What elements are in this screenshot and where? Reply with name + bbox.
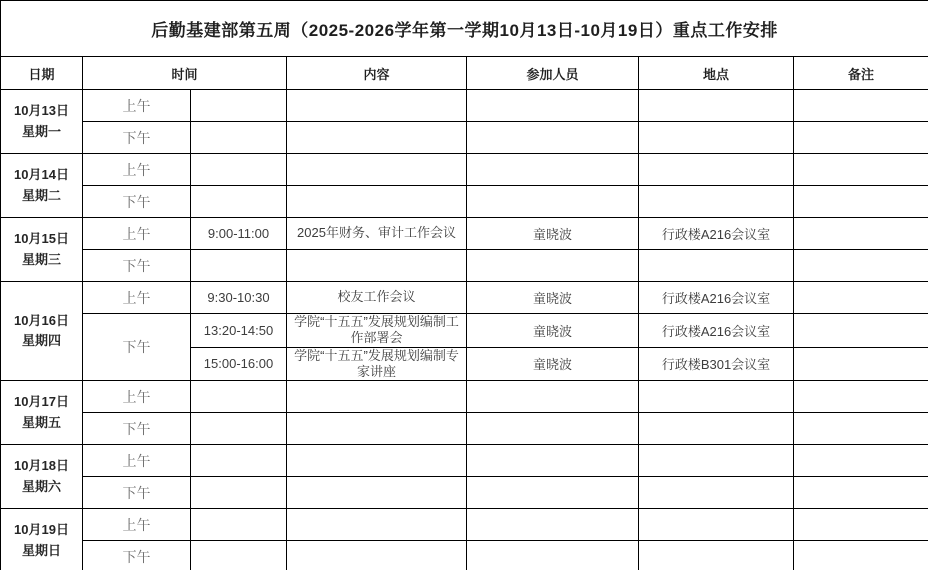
time-cell: 9:00-11:00 xyxy=(191,218,287,250)
weekday-label: 星期六 xyxy=(22,479,61,494)
table-row: 下午 xyxy=(1,477,928,509)
remark-cell xyxy=(794,218,928,250)
date-cell: 10月19日 星期日 xyxy=(1,509,83,570)
period-cell-am: 上午 xyxy=(83,218,191,250)
content-cell: 校友工作会议 xyxy=(287,282,467,314)
participants-cell xyxy=(467,122,639,154)
location-cell: 行政楼A216会议室 xyxy=(639,218,794,250)
period-cell-am: 上午 xyxy=(83,445,191,477)
time-cell xyxy=(191,90,287,122)
table-row: 下午 xyxy=(1,541,928,570)
date-label: 10月19日 xyxy=(14,522,69,537)
remark-cell xyxy=(794,186,928,218)
participants-cell xyxy=(467,381,639,413)
period-cell-pm: 下午 xyxy=(83,477,191,509)
date-label: 10月14日 xyxy=(14,167,69,182)
period-cell-pm: 下午 xyxy=(83,250,191,282)
participants-cell: 童晓波 xyxy=(467,282,639,314)
remark-cell xyxy=(794,509,928,541)
date-cell: 10月13日 星期一 xyxy=(1,90,83,154)
table-row: 10月15日 星期三 上午 9:00-11:00 2025年财务、审计工作会议 … xyxy=(1,218,928,250)
period-cell-am: 上午 xyxy=(83,509,191,541)
date-label: 10月13日 xyxy=(14,103,69,118)
location-cell xyxy=(639,413,794,445)
remark-cell xyxy=(794,250,928,282)
location-cell xyxy=(639,445,794,477)
date-cell: 10月14日 星期二 xyxy=(1,154,83,218)
location-cell xyxy=(639,381,794,413)
weekday-label: 星期一 xyxy=(22,124,61,139)
participants-cell xyxy=(467,250,639,282)
participants-cell: 童晓波 xyxy=(467,218,639,250)
title-row: 后勤基建部第五周（2025-2026学年第一学期10月13日-10月19日）重点… xyxy=(1,1,928,57)
content-cell: 学院“十五五”发展规划编制专家讲座 xyxy=(287,347,467,381)
date-cell: 10月15日 星期三 xyxy=(1,218,83,282)
content-cell xyxy=(287,186,467,218)
weekday-label: 星期三 xyxy=(22,252,61,267)
time-cell xyxy=(191,122,287,154)
remark-cell xyxy=(794,154,928,186)
time-cell xyxy=(191,445,287,477)
period-cell-am: 上午 xyxy=(83,282,191,314)
location-cell xyxy=(639,186,794,218)
remark-cell xyxy=(794,122,928,154)
table-row: 10月16日 星期四 上午 9:30-10:30 校友工作会议 童晓波 行政楼A… xyxy=(1,282,928,314)
time-cell xyxy=(191,541,287,570)
location-cell xyxy=(639,90,794,122)
content-cell xyxy=(287,509,467,541)
time-cell xyxy=(191,509,287,541)
table-row: 下午 xyxy=(1,122,928,154)
schedule-table: 后勤基建部第五周（2025-2026学年第一学期10月13日-10月19日）重点… xyxy=(0,0,928,570)
time-cell: 13:20-14:50 xyxy=(191,314,287,348)
content-cell xyxy=(287,154,467,186)
location-cell: 行政楼B301会议室 xyxy=(639,347,794,381)
participants-cell xyxy=(467,445,639,477)
location-cell xyxy=(639,250,794,282)
table-row: 下午 xyxy=(1,413,928,445)
content-cell xyxy=(287,90,467,122)
date-cell: 10月18日 星期六 xyxy=(1,445,83,509)
time-cell xyxy=(191,477,287,509)
location-cell xyxy=(639,122,794,154)
col-header-time: 时间 xyxy=(83,57,287,90)
date-label: 10月16日 xyxy=(14,313,69,328)
content-cell xyxy=(287,413,467,445)
location-cell xyxy=(639,154,794,186)
date-label: 10月15日 xyxy=(14,231,69,246)
time-cell xyxy=(191,413,287,445)
period-cell-pm: 下午 xyxy=(83,314,191,381)
remark-cell xyxy=(794,347,928,381)
content-cell: 2025年财务、审计工作会议 xyxy=(287,218,467,250)
time-cell xyxy=(191,154,287,186)
schedule-sheet: 后勤基建部第五周（2025-2026学年第一学期10月13日-10月19日）重点… xyxy=(0,0,928,570)
location-cell: 行政楼A216会议室 xyxy=(639,282,794,314)
period-cell-pm: 下午 xyxy=(83,186,191,218)
period-cell-am: 上午 xyxy=(83,154,191,186)
header-row: 日期 时间 内容 参加人员 地点 备注 xyxy=(1,57,928,90)
table-row: 10月13日 星期一 上午 xyxy=(1,90,928,122)
participants-cell xyxy=(467,154,639,186)
weekday-label: 星期二 xyxy=(22,188,61,203)
page-title: 后勤基建部第五周（2025-2026学年第一学期10月13日-10月19日）重点… xyxy=(1,1,928,57)
content-cell xyxy=(287,250,467,282)
remark-cell xyxy=(794,90,928,122)
participants-cell xyxy=(467,541,639,570)
content-cell: 学院“十五五”发展规划编制工作部署会 xyxy=(287,314,467,348)
location-cell xyxy=(639,541,794,570)
col-header-participants: 参加人员 xyxy=(467,57,639,90)
col-header-content: 内容 xyxy=(287,57,467,90)
time-cell xyxy=(191,186,287,218)
table-row: 10月19日 星期日 上午 xyxy=(1,509,928,541)
participants-cell xyxy=(467,186,639,218)
location-cell xyxy=(639,509,794,541)
content-cell xyxy=(287,541,467,570)
date-label: 10月18日 xyxy=(14,458,69,473)
participants-cell: 童晓波 xyxy=(467,314,639,348)
period-cell-am: 上午 xyxy=(83,90,191,122)
participants-cell xyxy=(467,90,639,122)
weekday-label: 星期五 xyxy=(22,415,61,430)
table-row: 下午 xyxy=(1,186,928,218)
location-cell: 行政楼A216会议室 xyxy=(639,314,794,348)
content-cell xyxy=(287,381,467,413)
table-row: 10月18日 星期六 上午 xyxy=(1,445,928,477)
table-row: 下午 xyxy=(1,250,928,282)
period-cell-pm: 下午 xyxy=(83,413,191,445)
content-cell xyxy=(287,477,467,509)
participants-cell xyxy=(467,477,639,509)
remark-cell xyxy=(794,314,928,348)
period-cell-pm: 下午 xyxy=(83,122,191,154)
time-cell xyxy=(191,250,287,282)
remark-cell xyxy=(794,381,928,413)
period-cell-pm: 下午 xyxy=(83,541,191,570)
date-cell: 10月16日 星期四 xyxy=(1,282,83,381)
remark-cell xyxy=(794,445,928,477)
time-cell: 9:30-10:30 xyxy=(191,282,287,314)
table-row: 10月17日 星期五 上午 xyxy=(1,381,928,413)
period-cell-am: 上午 xyxy=(83,381,191,413)
table-row: 10月14日 星期二 上午 xyxy=(1,154,928,186)
time-cell xyxy=(191,381,287,413)
date-label: 10月17日 xyxy=(14,394,69,409)
remark-cell xyxy=(794,413,928,445)
location-cell xyxy=(639,477,794,509)
remark-cell xyxy=(794,477,928,509)
col-header-location: 地点 xyxy=(639,57,794,90)
col-header-date: 日期 xyxy=(1,57,83,90)
time-cell: 15:00-16:00 xyxy=(191,347,287,381)
participants-cell xyxy=(467,509,639,541)
content-cell xyxy=(287,122,467,154)
remark-cell xyxy=(794,541,928,570)
participants-cell: 童晓波 xyxy=(467,347,639,381)
col-header-remark: 备注 xyxy=(794,57,928,90)
weekday-label: 星期日 xyxy=(22,543,61,558)
date-cell: 10月17日 星期五 xyxy=(1,381,83,445)
content-cell xyxy=(287,445,467,477)
weekday-label: 星期四 xyxy=(22,333,61,348)
table-row: 下午 13:20-14:50 学院“十五五”发展规划编制工作部署会 童晓波 行政… xyxy=(1,314,928,348)
participants-cell xyxy=(467,413,639,445)
remark-cell xyxy=(794,282,928,314)
